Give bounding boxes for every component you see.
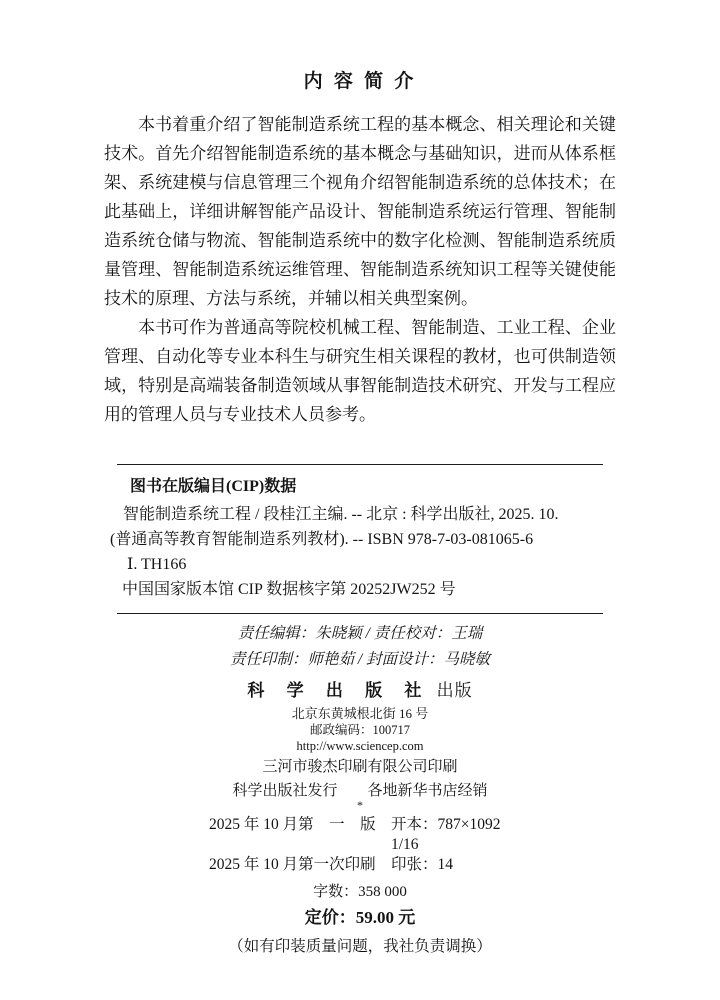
edition-date-2: 2025 年 10 月第一次印刷	[209, 855, 391, 875]
copyright-page: 内 容 简 介 本书着重介绍了智能制造系统工程的基本概念、相关理论和关键技术。首…	[0, 0, 720, 1000]
price-line: 定价：59.00 元	[0, 908, 720, 927]
printer-line: 三河市骏杰印刷有限公司印刷	[0, 758, 720, 777]
publisher-postcode: 邮政编码：100717	[0, 723, 720, 737]
edition-row-2: 2025 年 10 月第一次印刷 印张：14	[209, 855, 511, 875]
cip-series-isbn: (普通高等教育智能制造系列教材). -- ISBN 978-7-03-08106…	[110, 527, 603, 552]
publisher-action: 出版	[437, 681, 473, 700]
colophon-section: 科 学 出 版 社 出版 北京东黄城根北街 16 号 邮政编码：100717 h…	[0, 680, 720, 957]
edition-format: 开本：787×1092 1/16	[391, 815, 511, 855]
edition-sheets: 印张：14	[391, 855, 511, 875]
publisher-address: 北京东黄城根北街 16 号	[0, 706, 720, 721]
word-count-line: 字数：358 000	[0, 884, 720, 900]
intro-paragraph-1: 本书着重介绍了智能制造系统工程的基本概念、相关理论和关键技术。首先介绍智能制造系…	[104, 110, 616, 313]
intro-text: 本书着重介绍了智能制造系统工程的基本概念、相关理论和关键技术。首先介绍智能制造系…	[104, 110, 616, 429]
credits-print-design: 责任印制：师艳茹 / 封面设计：马晓敏	[0, 647, 720, 673]
credits-editors: 责任编辑：朱晓颖 / 责任校对：王瑞	[0, 621, 720, 647]
cip-registry: 中国国家版本馆 CIP 数据核字第 20252JW252 号	[117, 577, 603, 602]
intro-paragraph-2: 本书可作为普通高等院校机械工程、智能制造、工业工程、企业管理、自动化等专业本科生…	[104, 313, 616, 429]
intro-section: 内 容 简 介 本书着重介绍了智能制造系统工程的基本概念、相关理论和关键技术。首…	[0, 0, 720, 429]
publisher-logo-text: 科 学 出 版 社	[247, 681, 430, 700]
edition-table: 2025 年 10 月第 一 版 开本：787×1092 1/16 2025 年…	[209, 815, 511, 875]
cip-record-line: 智能制造系统工程 / 段桂江主编. -- 北京 : 科学出版社, 2025. 1…	[117, 502, 603, 527]
quality-note: （如有印装质量问题，我社负责调换）	[0, 937, 720, 957]
intro-title: 内 容 简 介	[0, 0, 720, 93]
cip-heading: 图书在版编目(CIP)数据	[117, 474, 603, 499]
edition-row-1: 2025 年 10 月第 一 版 开本：787×1092 1/16	[209, 815, 511, 855]
asterisk-divider: *	[0, 801, 720, 810]
publisher-website: http://www.sciencep.com	[0, 739, 720, 753]
cip-section: 图书在版编目(CIP)数据 智能制造系统工程 / 段桂江主编. -- 北京 : …	[117, 464, 603, 614]
publisher-line: 科 学 出 版 社 出版	[0, 680, 720, 702]
credits-section: 责任编辑：朱晓颖 / 责任校对：王瑞 责任印制：师艳茹 / 封面设计：马晓敏	[0, 621, 720, 673]
cip-class-code: Ⅰ. TH166	[117, 552, 603, 577]
edition-date-1: 2025 年 10 月第 一 版	[209, 815, 391, 855]
